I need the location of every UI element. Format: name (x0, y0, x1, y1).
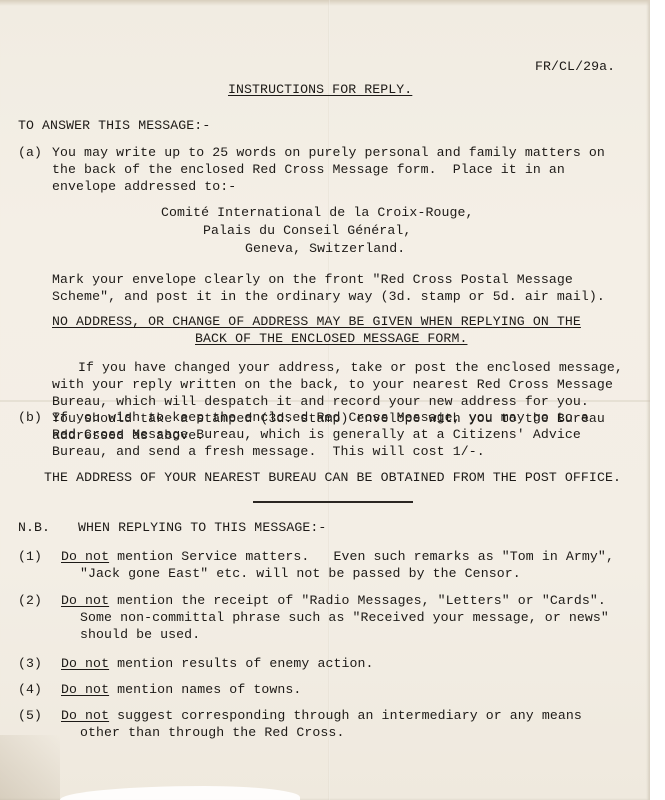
nb-item-text: mention names of towns. (109, 682, 301, 697)
do-not-emphasis: Do not (61, 549, 109, 564)
nb-item-marker: (4) (18, 681, 42, 698)
do-not-emphasis: Do not (61, 656, 109, 671)
do-not-emphasis: Do not (61, 593, 109, 608)
do-not-emphasis: Do not (61, 708, 109, 723)
nb-item-line: Do not mention names of towns. (61, 681, 301, 698)
nb-item-text: mention Service matters. Even such remar… (109, 549, 614, 564)
nb-item-line: Do not mention results of enemy action. (61, 655, 374, 672)
part-a-marker: (a) (18, 144, 42, 161)
nb-item-line: Do not mention Service matters. Even suc… (61, 548, 614, 565)
do-not-emphasis: Do not (61, 682, 109, 697)
no-address-warning: BACK OF THE ENCLOSED MESSAGE FORM. (195, 330, 467, 347)
part-b-line: Red Cross Message Bureau, which is gener… (52, 426, 581, 443)
nb-label: N.B. (18, 519, 50, 536)
address-line: Geneva, Switzerland. (245, 240, 405, 257)
nb-item-continuation: "Jack gone East" etc. will not be passed… (80, 565, 521, 582)
nb-item-text: mention results of enemy action. (109, 656, 373, 671)
nb-item-marker: (1) (18, 548, 42, 565)
page-title: INSTRUCTIONS FOR REPLY. (228, 81, 412, 98)
nb-item-marker: (3) (18, 655, 42, 672)
nb-item-continuation: Some non-committal phrase such as "Recei… (80, 609, 609, 626)
nb-item-marker: (2) (18, 592, 42, 609)
part-b-line: Bureau, and send a fresh message. This w… (52, 443, 485, 460)
corner-shadow (0, 735, 60, 800)
nb-item-line: Do not mention the receipt of "Radio Mes… (61, 592, 606, 609)
nb-item-continuation: should be used. (80, 626, 200, 643)
divider-rule (253, 501, 413, 503)
change-address-line: If you have changed your address, take o… (78, 359, 623, 376)
change-address-line: Bureau, which will despatch it and recor… (52, 393, 589, 410)
torn-edge (60, 786, 300, 800)
bureau-note: THE ADDRESS OF YOUR NEAREST BUREAU CAN B… (44, 469, 621, 486)
nb-item-line: Do not suggest corresponding through an … (61, 707, 582, 724)
form-reference: FR/CL/29a. (535, 58, 615, 75)
address-line: Palais du Conseil Général, (203, 222, 411, 239)
part-a-line: You may write up to 25 words on purely p… (52, 144, 605, 161)
part-b-line: If you wish to keep the enclosed Red Cro… (52, 409, 589, 426)
part-b-marker: (b) (18, 409, 42, 426)
change-address-line: with your reply written on the back, to … (52, 376, 613, 393)
address-line: Comité International de la Croix-Rouge, (161, 204, 474, 221)
nb-item-text: suggest corresponding through an interme… (109, 708, 582, 723)
mark-envelope-line: Scheme", and post it in the ordinary way… (52, 288, 605, 305)
nb-heading: WHEN REPLYING TO THIS MESSAGE:- (78, 519, 326, 536)
part-a-line: envelope addressed to:- (52, 178, 236, 195)
section-heading: TO ANSWER THIS MESSAGE:- (18, 117, 210, 134)
no-address-warning: NO ADDRESS, OR CHANGE OF ADDRESS MAY BE … (52, 313, 581, 330)
part-a-line: the back of the enclosed Red Cross Messa… (52, 161, 565, 178)
nb-item-continuation: other than through the Red Cross. (80, 724, 344, 741)
mark-envelope-line: Mark your envelope clearly on the front … (52, 271, 573, 288)
nb-item-marker: (5) (18, 707, 42, 724)
nb-item-text: mention the receipt of "Radio Messages, … (109, 593, 606, 608)
